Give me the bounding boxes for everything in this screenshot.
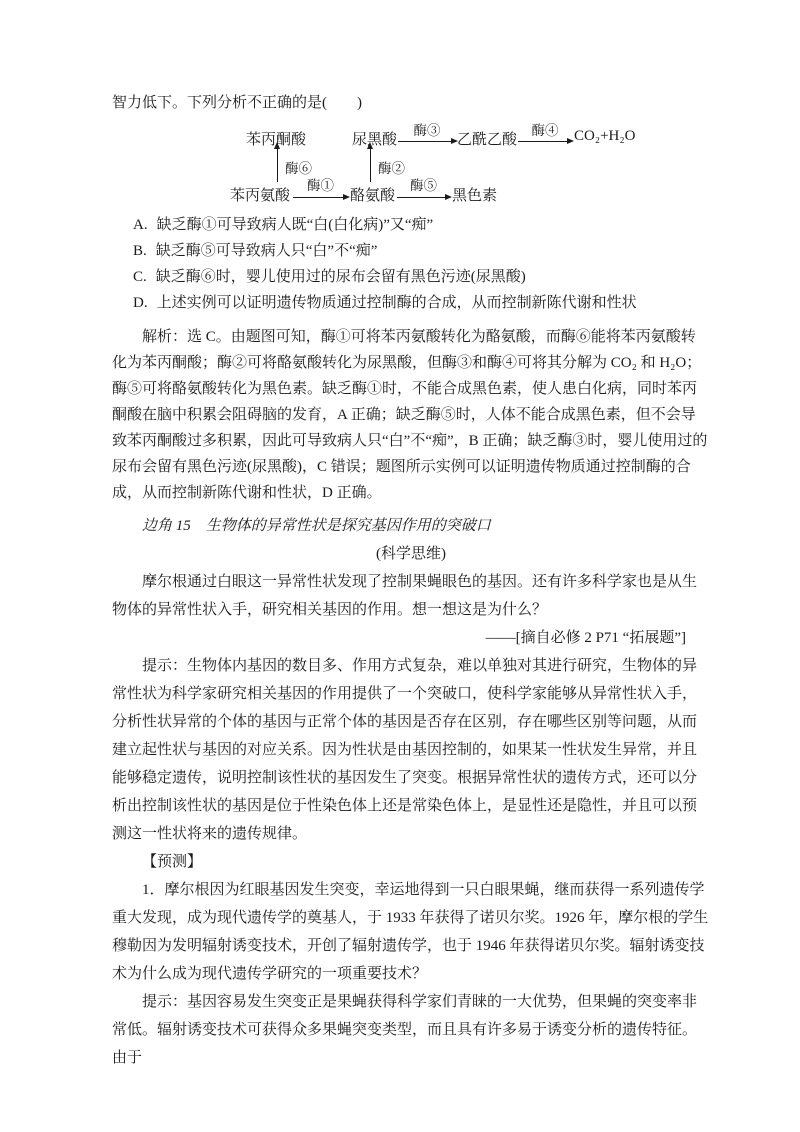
option-b: B.缺乏酶⑤可导致病人只“白”不“痴”	[112, 238, 710, 264]
question-stem-line: 智力低下。下列分析不正确的是( )	[112, 90, 710, 116]
predict-question-1: 1．摩尔根因为红眼基因发生突变，幸运地得到一只白眼果蝇，继而获得一系列遗传学重大…	[112, 876, 710, 988]
node-acetoacetic-acid: 乙酰乙酸	[457, 128, 517, 149]
arrow-phenylalanine-to-tyrosine	[293, 197, 348, 198]
option-b-label: B.	[133, 243, 147, 259]
option-c-text: 缺乏酶⑥时，婴儿使用过的尿布会留有黑色污迹(尿黑酸)	[156, 269, 526, 285]
node-phenylalanine: 苯丙氨酸	[230, 184, 290, 205]
node-melanin: 黑色素	[452, 184, 497, 205]
option-a-label: A.	[133, 217, 148, 233]
science-thinking-subtitle: (科学思维)	[112, 540, 710, 568]
arrow-phenylalanine-to-phenylpyruvate	[277, 148, 278, 182]
option-c: C.缺乏酶⑥时，婴儿使用过的尿布会留有黑色污迹(尿黑酸)	[112, 264, 710, 290]
page-content: 智力低下。下列分析不正确的是( ) 苯丙酮酸 尿黑酸 乙酰乙酸 CO₂+H₂O …	[112, 90, 710, 1072]
option-list: A.缺乏酶①可导致病人既“白(白化病)”又“痴” B.缺乏酶⑤可导致病人只“白”…	[112, 212, 710, 316]
option-c-label: C.	[133, 269, 147, 285]
metabolic-pathway-diagram: 苯丙酮酸 尿黑酸 乙酰乙酸 CO₂+H₂O 酶③ 酶④ 酶⑥ 酶② 苯丙氨酸 酪…	[112, 120, 710, 210]
arrow-homogentisic-to-acetoacetic	[398, 141, 456, 142]
enzyme-5-label: 酶⑤	[397, 174, 450, 194]
arrow-acetoacetic-to-co2	[518, 141, 572, 142]
node-co2-h2o: CO₂+H₂O	[574, 128, 635, 145]
corner-note-heading: 边角 15 生物体的异常性状是探究基因作用的突破口	[112, 512, 710, 540]
morgan-paragraph: 摩尔根通过白眼这一异常性状发现了控制果蝇眼色的基因。还有许多科学家也是从生物体的…	[112, 568, 710, 624]
enzyme-1-label: 酶①	[293, 174, 348, 194]
tip-paragraph-2: 提示：基因容易发生突变正是果蝇获得科学家们青睐的一大优势，但果蝇的突变率非常低。…	[112, 988, 710, 1072]
option-d: D.上述实例可以证明遗传物质通过控制酶的合成，从而控制新陈代谢和性状	[112, 290, 710, 316]
document-page: 智力低下。下列分析不正确的是( ) 苯丙酮酸 尿黑酸 乙酰乙酸 CO₂+H₂O …	[0, 0, 800, 1132]
arrow-tyrosine-to-homogentisic	[370, 148, 371, 182]
node-homogentisic-acid: 尿黑酸	[352, 128, 397, 149]
option-a-text: 缺乏酶①可导致病人既“白(白化病)”又“痴”	[157, 217, 434, 233]
tip-paragraph-1: 提示：生物体内基因的数目多、作用方式复杂，难以单独对其进行研究，生物体的异常性状…	[112, 652, 710, 848]
predict-label: 【预测】	[112, 848, 710, 876]
option-b-text: 缺乏酶⑤可导致病人只“白”不“痴”	[156, 243, 378, 259]
source-citation: ——[摘自必修 2 P71 “拓展题”]	[112, 624, 710, 652]
option-d-text: 上述实例可以证明遗传物质通过控制酶的合成，从而控制新陈代谢和性状	[157, 295, 637, 311]
arrow-tyrosine-to-melanin	[397, 197, 450, 198]
option-d-label: D.	[133, 295, 148, 311]
enzyme-4-label: 酶④	[518, 119, 572, 139]
enzyme-3-label: 酶③	[398, 119, 456, 139]
node-tyrosine: 酪氨酸	[350, 184, 395, 205]
option-a: A.缺乏酶①可导致病人既“白(白化病)”又“痴”	[112, 212, 710, 238]
analysis-paragraph: 解析：选 C。由题图可知，酶①可将苯丙氨酸转化为酪氨酸，而酶⑥能将苯丙氨酸转化为…	[112, 324, 710, 506]
